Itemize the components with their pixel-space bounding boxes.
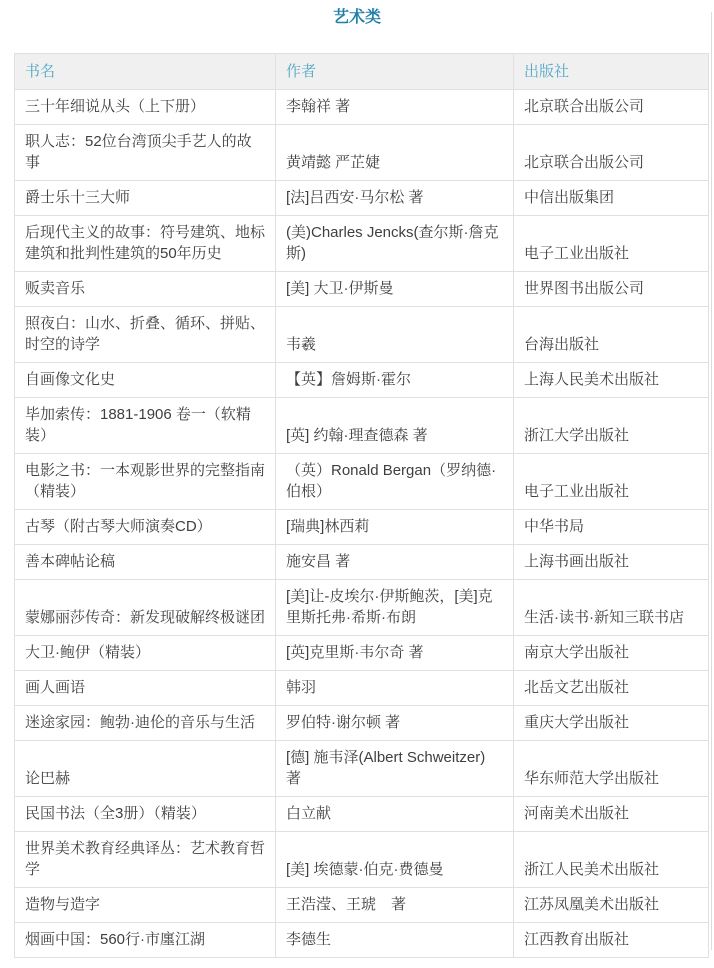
author-cell: [美] 大卫·伊斯曼 xyxy=(276,272,514,307)
table-row: 自画像文化史 【英】詹姆斯·霍尔 上海人民美术出版社 xyxy=(15,363,709,398)
publisher-cell: 中华书局 xyxy=(514,510,709,545)
table-row: 大卫·鲍伊（精装） [英]克里斯·韦尔奇 著 南京大学出版社 xyxy=(15,636,709,671)
book-title-cell: 民国书法（全3册）（精装） xyxy=(15,797,276,832)
author-cell: 施安昌 著 xyxy=(276,545,514,580)
table-row: 电影之书：一本观影世界的完整指南（精装） （英）Ronald Bergan（罗纳… xyxy=(15,454,709,510)
column-header-book-title: 书名 xyxy=(15,54,276,90)
publisher-cell: 河南美术出版社 xyxy=(514,797,709,832)
book-title-cell: 烟画中国：560行·市廛江湖 xyxy=(15,923,276,958)
author-cell: [瑞典]林西莉 xyxy=(276,510,514,545)
book-title-cell: 大卫·鲍伊（精装） xyxy=(15,636,276,671)
table-row: 贩卖音乐 [美] 大卫·伊斯曼 世界图书出版公司 xyxy=(15,272,709,307)
author-cell: 李翰祥 著 xyxy=(276,90,514,125)
table-row: 造物与造字 王浩滢、王琥 著 江苏凤凰美术出版社 xyxy=(15,888,709,923)
author-cell: [英] 约翰·理查德森 著 xyxy=(276,398,514,454)
author-cell: 罗伯特·谢尔顿 著 xyxy=(276,706,514,741)
publisher-cell: 生活·读书·新知三联书店 xyxy=(514,580,709,636)
table-row: 蒙娜丽莎传奇：新发现破解终极谜团 [美]让-皮埃尔·伊斯鲍茨，[美]克里斯托弗·… xyxy=(15,580,709,636)
table-row: 迷途家园：鲍勃·迪伦的音乐与生活 罗伯特·谢尔顿 著 重庆大学出版社 xyxy=(15,706,709,741)
publisher-cell: 台海出版社 xyxy=(514,307,709,363)
page-right-divider xyxy=(711,12,712,950)
publisher-cell: 重庆大学出版社 xyxy=(514,706,709,741)
book-title-cell: 古琴（附古琴大师演奏CD） xyxy=(15,510,276,545)
table-row: 民国书法（全3册）（精装） 白立献 河南美术出版社 xyxy=(15,797,709,832)
author-cell: [法]吕西安·马尔松 著 xyxy=(276,181,514,216)
page-title: 艺术类 xyxy=(0,0,714,27)
table-row: 爵士乐十三大师 [法]吕西安·马尔松 著 中信出版集团 xyxy=(15,181,709,216)
book-title-cell: 自画像文化史 xyxy=(15,363,276,398)
author-cell: [美]让-皮埃尔·伊斯鲍茨，[美]克里斯托弗·希斯·布朗 xyxy=(276,580,514,636)
table-row: 毕加索传：1881-1906 卷一（软精装） [英] 约翰·理查德森 著 浙江大… xyxy=(15,398,709,454)
publisher-cell: 浙江人民美术出版社 xyxy=(514,832,709,888)
publisher-cell: 中信出版集团 xyxy=(514,181,709,216)
publisher-cell: 北京联合出版公司 xyxy=(514,125,709,181)
publisher-cell: 江苏凤凰美术出版社 xyxy=(514,888,709,923)
book-title-cell: 蒙娜丽莎传奇：新发现破解终极谜团 xyxy=(15,580,276,636)
table-row: 善本碑帖论稿 施安昌 著 上海书画出版社 xyxy=(15,545,709,580)
book-title-cell: 照夜白：山水、折叠、循环、拼贴、时空的诗学 xyxy=(15,307,276,363)
column-header-author: 作者 xyxy=(276,54,514,90)
publisher-cell: 北京联合出版公司 xyxy=(514,90,709,125)
author-cell: 韩羽 xyxy=(276,671,514,706)
publisher-cell: 上海书画出版社 xyxy=(514,545,709,580)
author-cell: 【英】詹姆斯·霍尔 xyxy=(276,363,514,398)
book-title-cell: 善本碑帖论稿 xyxy=(15,545,276,580)
table-row: 后现代主义的故事：符号建筑、地标建筑和批判性建筑的50年历史 (美)Charle… xyxy=(15,216,709,272)
table-header-row: 书名 作者 出版社 xyxy=(15,54,709,90)
author-cell: （英）Ronald Bergan（罗纳德·伯根） xyxy=(276,454,514,510)
table-row: 照夜白：山水、折叠、循环、拼贴、时空的诗学 韦羲 台海出版社 xyxy=(15,307,709,363)
publisher-cell: 上海人民美术出版社 xyxy=(514,363,709,398)
author-cell: 李德生 xyxy=(276,923,514,958)
table-row: 烟画中国：560行·市廛江湖 李德生 江西教育出版社 xyxy=(15,923,709,958)
author-cell: 王浩滢、王琥 著 xyxy=(276,888,514,923)
book-title-cell: 后现代主义的故事：符号建筑、地标建筑和批判性建筑的50年历史 xyxy=(15,216,276,272)
publisher-cell: 电子工业出版社 xyxy=(514,216,709,272)
table-row: 画人画语 韩羽 北岳文艺出版社 xyxy=(15,671,709,706)
publisher-cell: 电子工业出版社 xyxy=(514,454,709,510)
book-title-cell: 世界美术教育经典译丛：艺术教育哲学 xyxy=(15,832,276,888)
book-title-cell: 迷途家园：鲍勃·迪伦的音乐与生活 xyxy=(15,706,276,741)
book-title-cell: 造物与造字 xyxy=(15,888,276,923)
book-title-cell: 爵士乐十三大师 xyxy=(15,181,276,216)
table-row: 论巴赫 [德] 施韦泽(Albert Schweitzer) 著 华东师范大学出… xyxy=(15,741,709,797)
book-list-table: 书名 作者 出版社 三十年细说从头（上下册） 李翰祥 著 北京联合出版公司 职人… xyxy=(14,53,709,958)
book-title-cell: 三十年细说从头（上下册） xyxy=(15,90,276,125)
author-cell: 白立献 xyxy=(276,797,514,832)
author-cell: (美)Charles Jencks(查尔斯·詹克斯) xyxy=(276,216,514,272)
table-row: 三十年细说从头（上下册） 李翰祥 著 北京联合出版公司 xyxy=(15,90,709,125)
column-header-publisher: 出版社 xyxy=(514,54,709,90)
publisher-cell: 江西教育出版社 xyxy=(514,923,709,958)
book-title-cell: 毕加索传：1881-1906 卷一（软精装） xyxy=(15,398,276,454)
table-row: 职人志：52位台湾顶尖手艺人的故事 黄靖懿 严芷婕 北京联合出版公司 xyxy=(15,125,709,181)
author-cell: 黄靖懿 严芷婕 xyxy=(276,125,514,181)
table-row: 世界美术教育经典译丛：艺术教育哲学 [美] 埃德蒙·伯克·费德曼 浙江人民美术出… xyxy=(15,832,709,888)
author-cell: 韦羲 xyxy=(276,307,514,363)
book-title-cell: 电影之书：一本观影世界的完整指南（精装） xyxy=(15,454,276,510)
publisher-cell: 南京大学出版社 xyxy=(514,636,709,671)
book-title-cell: 职人志：52位台湾顶尖手艺人的故事 xyxy=(15,125,276,181)
publisher-cell: 浙江大学出版社 xyxy=(514,398,709,454)
author-cell: [德] 施韦泽(Albert Schweitzer) 著 xyxy=(276,741,514,797)
book-title-cell: 贩卖音乐 xyxy=(15,272,276,307)
book-title-cell: 论巴赫 xyxy=(15,741,276,797)
table-row: 古琴（附古琴大师演奏CD） [瑞典]林西莉 中华书局 xyxy=(15,510,709,545)
publisher-cell: 北岳文艺出版社 xyxy=(514,671,709,706)
publisher-cell: 世界图书出版公司 xyxy=(514,272,709,307)
author-cell: [英]克里斯·韦尔奇 著 xyxy=(276,636,514,671)
author-cell: [美] 埃德蒙·伯克·费德曼 xyxy=(276,832,514,888)
book-title-cell: 画人画语 xyxy=(15,671,276,706)
publisher-cell: 华东师范大学出版社 xyxy=(514,741,709,797)
